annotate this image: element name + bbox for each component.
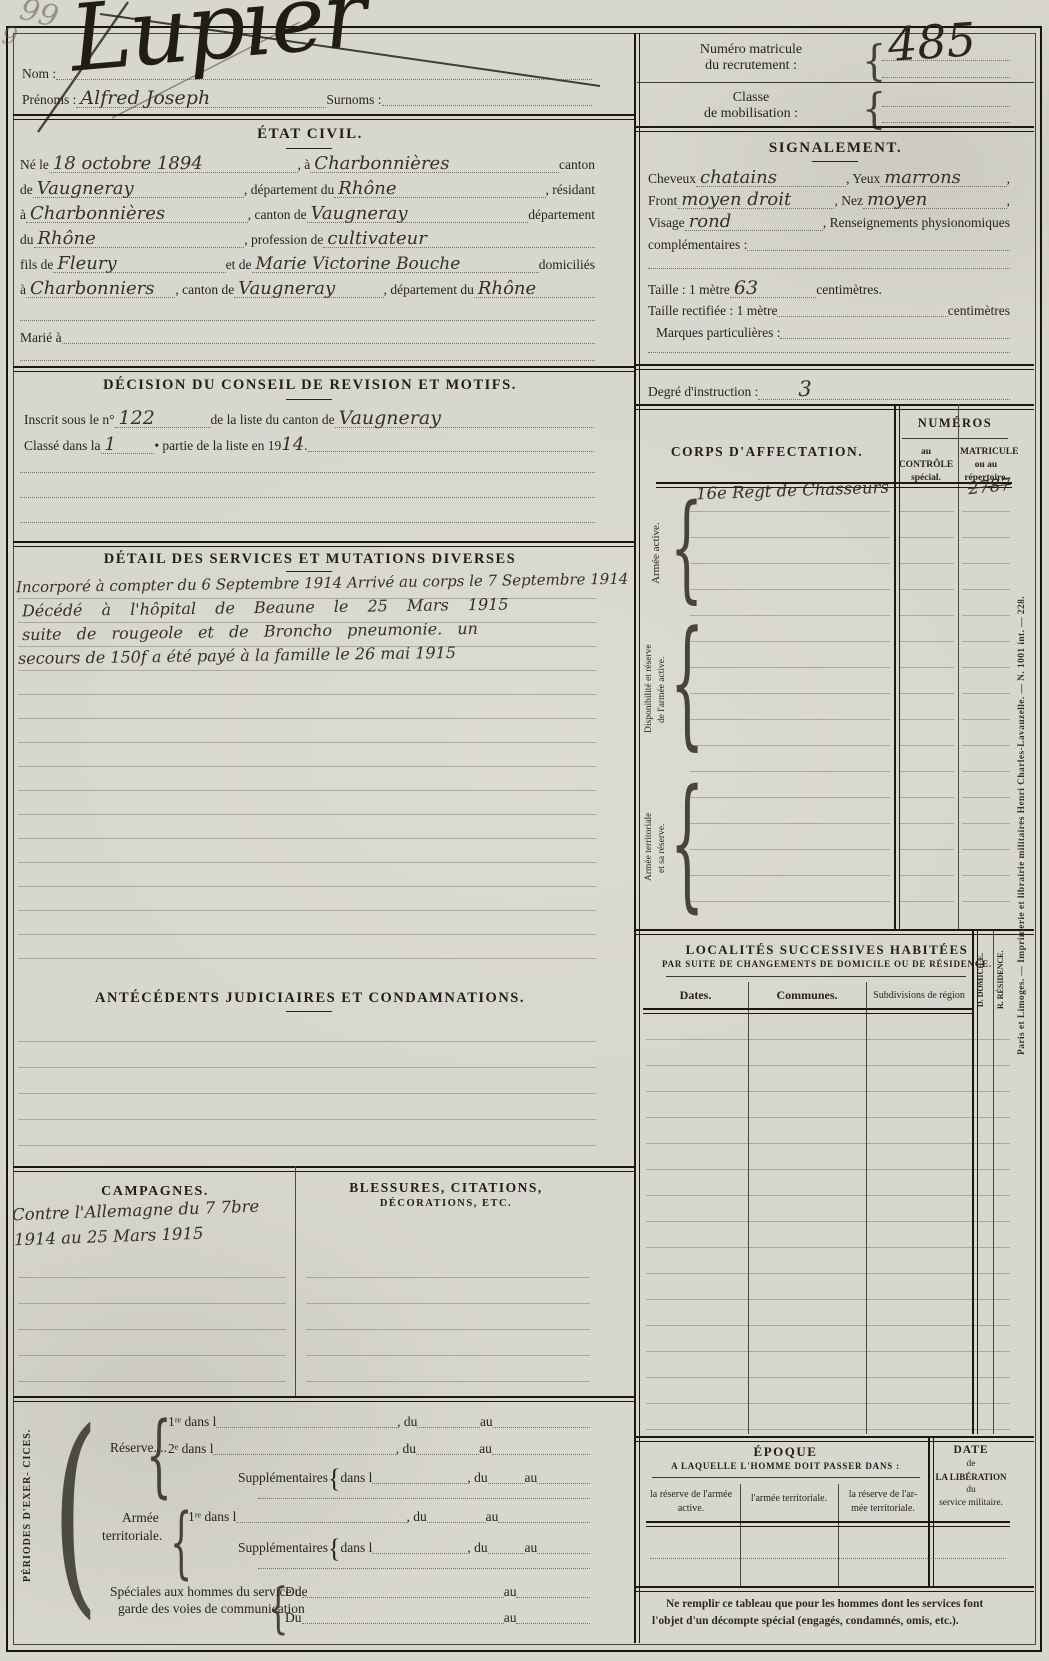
label: au bbox=[504, 1610, 517, 1626]
label: Du bbox=[285, 1584, 302, 1600]
dates-col-header: Dates. bbox=[643, 988, 748, 1003]
date-col-line-2: de bbox=[932, 1459, 1010, 1469]
father-name: Fleury bbox=[57, 256, 116, 272]
matricule-col-area bbox=[962, 486, 1010, 926]
label: centimètres. bbox=[816, 282, 882, 298]
disponibilite-label-1: Disponibilité et réserve bbox=[644, 614, 656, 764]
dotted-line bbox=[882, 106, 1010, 107]
signalement-line-3: Visage rond , Renseignements physionomiq… bbox=[648, 214, 1010, 231]
armee-active-label: Armée active. bbox=[650, 494, 664, 612]
antecedents-title: ANTÉCÉDENTS JUDICIAIRES ET CONDAMNATIONS… bbox=[0, 990, 620, 1007]
label: complémentaires : bbox=[648, 237, 747, 253]
birth-departement: Rhône bbox=[338, 181, 396, 197]
residence-col-header: R. RÉSIDENCE. bbox=[996, 934, 1011, 1026]
dotted-line bbox=[492, 1451, 590, 1455]
dotted-line bbox=[258, 1568, 590, 1569]
etat-civil-line-3: à Charbonnières , canton de Vaugneray dé… bbox=[20, 206, 595, 223]
instruction-label: Degré d'instruction : bbox=[648, 384, 758, 400]
list-canton: Vaugneray bbox=[339, 410, 441, 427]
ruled-area bbox=[18, 1252, 286, 1390]
mother-name: Marie Victorine Bouche bbox=[256, 257, 461, 272]
dotted-line bbox=[216, 1424, 397, 1428]
center-divider bbox=[634, 33, 640, 1643]
disponibilite-label-2: de l'armée active. bbox=[657, 620, 669, 760]
reserve-row-1: 1ʳᵉ dans l , du au bbox=[168, 1414, 590, 1430]
label: au bbox=[525, 1470, 538, 1486]
label: Supplémentaires bbox=[238, 1540, 328, 1556]
dotted-line bbox=[648, 352, 1010, 353]
label: Inscrit sous le n° bbox=[24, 412, 115, 428]
dotted-line bbox=[780, 335, 1010, 339]
localites-rows-area bbox=[646, 1014, 972, 1432]
value-line: cultivateur bbox=[323, 231, 595, 248]
label: , canton de bbox=[175, 282, 234, 298]
epoque-col-2: l'armée territoriale. bbox=[744, 1492, 834, 1506]
dotted-line bbox=[20, 320, 595, 321]
label: , canton de bbox=[248, 207, 307, 223]
value-line: 122 bbox=[115, 410, 211, 428]
rule bbox=[13, 1396, 634, 1402]
dotted-line bbox=[417, 1424, 480, 1428]
taille-row: Taille : 1 mètre 63 centimètres. bbox=[648, 280, 1010, 298]
etat-civil-title: ÉTAT CIVIL. bbox=[0, 126, 620, 143]
dotted-line bbox=[882, 292, 1010, 296]
signalement-line-4: complémentaires : bbox=[648, 237, 1010, 253]
printer-imprint: Paris et Limoges. — Imprimerie et librai… bbox=[1017, 280, 1037, 1370]
localites-dr-area bbox=[974, 1014, 1010, 1432]
label: Taille rectifiée : 1 mètre bbox=[648, 303, 777, 319]
label: département bbox=[528, 207, 595, 223]
rule bbox=[634, 404, 1034, 410]
rule bbox=[13, 541, 634, 547]
rule bbox=[634, 1436, 1034, 1442]
dotted-line bbox=[648, 268, 1010, 269]
birth-place: Charbonnières bbox=[314, 156, 449, 172]
corps-entry-matricule: 2787 bbox=[967, 478, 1012, 498]
dotted-line bbox=[516, 1594, 590, 1598]
instruction-row: Degré d'instruction : 3 bbox=[648, 380, 1010, 400]
localites-subtitle: PAR SUITE DE CHANGEMENTS DE DOMICILE OU … bbox=[637, 959, 1017, 969]
label: Taille : 1 mètre bbox=[648, 282, 730, 298]
dotted-line bbox=[302, 1594, 504, 1598]
dotted-line bbox=[488, 1480, 525, 1484]
label: Du bbox=[285, 1610, 302, 1626]
birth-canton: Vaugneray bbox=[37, 181, 134, 197]
label: domiciliés bbox=[539, 257, 595, 273]
value-line: Rhône bbox=[474, 281, 595, 298]
classe-label-1: Classe bbox=[645, 90, 857, 106]
label: , du bbox=[467, 1540, 487, 1556]
label: centimètres bbox=[948, 303, 1010, 319]
rule bbox=[13, 114, 634, 120]
title-rule bbox=[286, 399, 332, 400]
surnoms-label: Surnoms : bbox=[326, 92, 381, 108]
rule bbox=[13, 1166, 634, 1172]
title-rule bbox=[286, 1011, 332, 1012]
signalement-title: SIGNALEMENT. bbox=[637, 140, 1034, 157]
value-line: Charbonniers bbox=[26, 281, 175, 298]
label: Né le bbox=[20, 157, 49, 173]
value-line: Charbonnières bbox=[310, 156, 559, 173]
residence-canton: Vaugneray bbox=[311, 206, 408, 222]
value-line: moyen bbox=[863, 192, 1007, 209]
label: de la liste du canton de bbox=[211, 412, 335, 428]
label: , Renseignements physionomiques bbox=[823, 215, 1010, 231]
localites-title: LOCALITÉS SUCCESSIVES HABITÉES bbox=[637, 942, 1017, 958]
territoriale-supp-row: Supplémentaires { dans l , du au bbox=[238, 1540, 590, 1556]
value-line: Vaugneray bbox=[307, 206, 529, 223]
territoriale-row-1: 1ʳᵉ dans l , du au bbox=[188, 1509, 590, 1525]
value-line: 63 bbox=[730, 280, 816, 298]
cheveux-value: chatains bbox=[700, 170, 777, 186]
dotted-line bbox=[650, 1558, 1006, 1559]
label: du bbox=[20, 232, 34, 248]
label: , bbox=[1007, 171, 1010, 187]
rule bbox=[13, 366, 634, 372]
label: , résidant bbox=[546, 182, 596, 198]
dotted-line bbox=[882, 122, 1010, 123]
label: Front bbox=[648, 193, 677, 209]
prenoms-row: Prénoms : Alfred Joseph Surnoms : bbox=[22, 90, 592, 108]
squiggle-rule bbox=[652, 1477, 920, 1478]
profession: cultivateur bbox=[327, 231, 426, 247]
dotted-line bbox=[516, 1620, 590, 1624]
dotted-line bbox=[372, 1480, 467, 1484]
classe-label-2: de mobilisation : bbox=[645, 106, 857, 122]
dotted-line bbox=[308, 448, 594, 452]
epoque-divider-1 bbox=[740, 1484, 741, 1586]
controle-col-area bbox=[898, 486, 954, 926]
dotted-line bbox=[62, 340, 595, 344]
dotted-line bbox=[427, 1519, 486, 1523]
dotted-line bbox=[493, 1424, 590, 1428]
etat-civil-line-1: Né le 18 octobre 1894 , à Charbonnières … bbox=[20, 156, 595, 173]
value-line: Rhône bbox=[34, 231, 245, 248]
squiggle-rule bbox=[902, 438, 1008, 439]
dotted-line bbox=[537, 1480, 590, 1484]
epoque-subtitle: A LAQUELLE L'HOMME DOIT PASSER DANS : bbox=[643, 1461, 928, 1471]
visage-value: rond bbox=[689, 214, 732, 230]
value-line: 1 bbox=[101, 437, 155, 454]
title-rule bbox=[812, 161, 858, 162]
label: canton bbox=[559, 157, 595, 173]
decision-title: DÉCISION DU CONSEIL DE REVISION ET MOTIF… bbox=[0, 377, 620, 394]
value-line: Fleury bbox=[53, 256, 225, 273]
signalement-line-2: Front moyen droit , Nez moyen , bbox=[648, 192, 1010, 209]
ruled-area bbox=[306, 1252, 590, 1390]
marie-row: Marié à bbox=[20, 330, 595, 346]
territoriale-label-2: territoriale. bbox=[102, 1528, 162, 1544]
small-brace: { bbox=[328, 1472, 340, 1485]
label: , département du bbox=[384, 282, 474, 298]
value-line: Charbonnières bbox=[26, 206, 248, 223]
epoque-col-3: la réserve de l'ar- mée territoriale. bbox=[842, 1488, 924, 1516]
taille-value: 63 bbox=[734, 280, 758, 297]
etat-civil-line-5: fils de Fleury et de Marie Victorine Bou… bbox=[20, 256, 595, 273]
residence-departement: Rhône bbox=[38, 231, 96, 247]
date-col-line-3: LA LIBÉRATION bbox=[932, 1472, 1010, 1482]
dotted-line bbox=[882, 77, 1010, 78]
value-line: chatains bbox=[696, 170, 846, 187]
label: dans l bbox=[340, 1470, 372, 1486]
dotted-line bbox=[20, 360, 595, 361]
territoriale-reserve-brace bbox=[670, 772, 704, 916]
value-line: 3 bbox=[758, 380, 1010, 400]
dotted-line bbox=[20, 472, 595, 473]
value-line: Rhône bbox=[334, 181, 545, 198]
territoriale-reserve-label-2: et sa réserve. bbox=[657, 778, 669, 918]
dotted-line bbox=[747, 247, 1010, 251]
dotted-line bbox=[382, 102, 592, 106]
value-line: Vaugneray bbox=[335, 410, 594, 428]
dotted-line bbox=[56, 76, 592, 80]
rule bbox=[637, 82, 1034, 83]
services-title: DÉTAIL DES SERVICES ET MUTATIONS DIVERSE… bbox=[0, 551, 620, 568]
label: 2ᵉ dans l bbox=[168, 1441, 213, 1457]
dotted-line bbox=[372, 1550, 467, 1554]
label: au bbox=[479, 1441, 492, 1457]
reserve-row-2: 2ᵉ dans l , du au bbox=[168, 1441, 590, 1457]
dotted-line bbox=[416, 1451, 479, 1455]
label: Classé dans la bbox=[24, 438, 101, 454]
rule bbox=[646, 1521, 1010, 1527]
list-number: 122 bbox=[119, 410, 155, 427]
date-col-line-4: du bbox=[932, 1485, 1010, 1495]
numeros-title: NUMÉROS bbox=[896, 416, 1014, 431]
date-col-line-5: service militaire. bbox=[932, 1498, 1010, 1508]
value-line: Vaugneray bbox=[33, 181, 244, 198]
taille-rectifiee-row: Taille rectifiée : 1 mètre centimètres bbox=[648, 303, 1010, 319]
title-rule bbox=[286, 148, 332, 149]
label: , du bbox=[467, 1470, 487, 1486]
matricule-label-1: Numéro matricule bbox=[645, 42, 857, 58]
communes-col-header: Communes. bbox=[750, 988, 864, 1003]
label: fils de bbox=[20, 257, 53, 273]
label: Visage bbox=[648, 215, 685, 231]
nom-row: Nom : bbox=[22, 66, 592, 82]
dotted-line bbox=[20, 497, 595, 498]
label: au bbox=[486, 1509, 499, 1525]
dotted-line bbox=[777, 313, 947, 317]
value-line: moyen droit bbox=[677, 192, 834, 209]
periodes-vertical-label: PÉRIODES D'EXER- CICES. bbox=[22, 1420, 50, 1590]
label: , Yeux bbox=[846, 171, 880, 187]
corps-writing-area bbox=[690, 486, 890, 926]
birth-date: 18 octobre 1894 bbox=[53, 156, 203, 172]
label: Cheveux bbox=[648, 171, 696, 187]
ruled-area bbox=[18, 1016, 596, 1166]
label: , du bbox=[407, 1509, 427, 1525]
label: , Nez bbox=[834, 193, 862, 209]
corps-title: CORPS D'AFFECTATION. bbox=[640, 444, 894, 460]
speciales-row-1: Du au bbox=[285, 1584, 590, 1600]
signalement-line-1: Cheveux chatains , Yeux marrons , bbox=[648, 170, 1010, 187]
label: , bbox=[1007, 193, 1010, 209]
territoriale-reserve-label-1: Armée territoriale bbox=[644, 772, 656, 922]
label: , profession de bbox=[244, 232, 323, 248]
disponibilite-brace bbox=[670, 614, 704, 754]
parents-canton: Vaugneray bbox=[238, 281, 335, 297]
instruction-value: 3 bbox=[798, 380, 811, 399]
label: Marques particulières : bbox=[656, 325, 780, 341]
title-rule bbox=[286, 571, 332, 572]
rule bbox=[634, 1586, 1034, 1592]
label: de bbox=[20, 182, 33, 198]
label: , à bbox=[298, 157, 311, 173]
epoque-title: ÉPOQUE bbox=[643, 1444, 928, 1460]
yeux-value: marrons bbox=[884, 170, 961, 186]
speciales-row-2: Du au bbox=[285, 1610, 590, 1626]
residence-place: Charbonnières bbox=[30, 206, 165, 222]
dotted-line bbox=[302, 1620, 504, 1624]
label: Supplémentaires bbox=[238, 1470, 328, 1486]
label: dans l bbox=[340, 1540, 372, 1556]
blessures-title-2: DÉCORATIONS, ETC. bbox=[300, 1198, 592, 1209]
etat-civil-line-4: du Rhône , profession de cultivateur bbox=[20, 231, 595, 248]
nez-value: moyen bbox=[867, 192, 927, 208]
campagnes-divider bbox=[295, 1166, 296, 1396]
matricule-value: 485 bbox=[887, 19, 977, 66]
label: au bbox=[480, 1414, 493, 1430]
marie-label: Marié à bbox=[20, 330, 62, 346]
decision-line-1: Inscrit sous le n° 122 de la liste du ca… bbox=[24, 410, 594, 428]
label: 1ʳᵉ dans l bbox=[188, 1509, 236, 1525]
small-brace: { bbox=[328, 1542, 340, 1555]
prenoms-label: Prénoms : bbox=[22, 92, 76, 108]
label: au bbox=[504, 1584, 517, 1600]
value-line: marrons bbox=[880, 170, 1006, 187]
decision-line-2: Classé dans la 1 • partie de la liste en… bbox=[24, 437, 594, 454]
prenoms-value: Alfred Joseph bbox=[80, 90, 210, 107]
value-line: Vaugneray bbox=[234, 281, 383, 298]
front-value: moyen droit bbox=[681, 192, 791, 208]
epoque-divider-2 bbox=[838, 1484, 839, 1586]
etat-civil-line-2: de Vaugneray , département du Rhône , ré… bbox=[20, 181, 595, 198]
label: , du bbox=[396, 1441, 416, 1457]
value-line: rond bbox=[685, 214, 823, 231]
domicile-col-header: D. DOMICILE. bbox=[976, 934, 991, 1026]
dotted-line bbox=[498, 1519, 590, 1523]
dotted-line bbox=[258, 1498, 590, 1499]
parents-departement: Rhône bbox=[478, 281, 536, 297]
prenoms-value-line: Alfred Joseph bbox=[76, 90, 326, 108]
dotted-line bbox=[213, 1451, 395, 1455]
subdivisions-col-header: Subdivisions de région bbox=[868, 990, 970, 1001]
parents-place: Charbonniers bbox=[30, 281, 155, 297]
label: et de bbox=[226, 257, 252, 273]
dotted-line bbox=[488, 1550, 525, 1554]
rule bbox=[634, 364, 1034, 370]
classe-brace bbox=[862, 88, 886, 130]
military-record-sheet: 99 9 Lupier Nom : Prénoms : Alfred Josep… bbox=[0, 0, 1049, 1661]
squiggle-rule bbox=[666, 976, 966, 977]
value-line: 18 octobre 1894 bbox=[49, 156, 298, 173]
label: • partie de la liste en 19 bbox=[154, 438, 281, 454]
rule bbox=[634, 126, 1034, 132]
blessures-title-1: BLESSURES, CITATIONS, bbox=[300, 1180, 592, 1196]
marques-row: Marques particulières : bbox=[656, 325, 1010, 341]
controle-col-header: au CONTRÔLE spécial. bbox=[896, 446, 956, 484]
matricule-label-2: du recrutement : bbox=[645, 58, 857, 74]
value-line: Marie Victorine Bouche bbox=[252, 257, 539, 273]
list-year: 14 bbox=[281, 437, 304, 453]
pencil-scribble: 99 bbox=[17, 0, 61, 31]
label: au bbox=[525, 1540, 538, 1556]
label: 1ʳᵉ dans l bbox=[168, 1414, 216, 1430]
armee-active-brace bbox=[670, 490, 703, 606]
list-part: 1 bbox=[105, 437, 116, 453]
epoque-col-1: la réserve de l'armée active. bbox=[646, 1488, 736, 1516]
nom-label: Nom : bbox=[22, 66, 56, 82]
dotted-line bbox=[20, 522, 595, 523]
periodes-brace bbox=[52, 1404, 99, 1622]
date-col-line-1: DATE bbox=[932, 1444, 1010, 1456]
label: , département du bbox=[244, 182, 334, 198]
epoque-note: Ne remplir ce tableau que pour les homme… bbox=[652, 1596, 1010, 1629]
etat-civil-line-6: à Charbonniers , canton de Vaugneray , d… bbox=[20, 281, 595, 298]
dotted-line bbox=[537, 1550, 590, 1554]
territoriale-label-1: Armée bbox=[122, 1510, 159, 1526]
label: , du bbox=[397, 1414, 417, 1430]
reserve-supp-row: Supplémentaires { dans l , du au bbox=[238, 1470, 590, 1486]
dotted-line bbox=[236, 1519, 406, 1523]
